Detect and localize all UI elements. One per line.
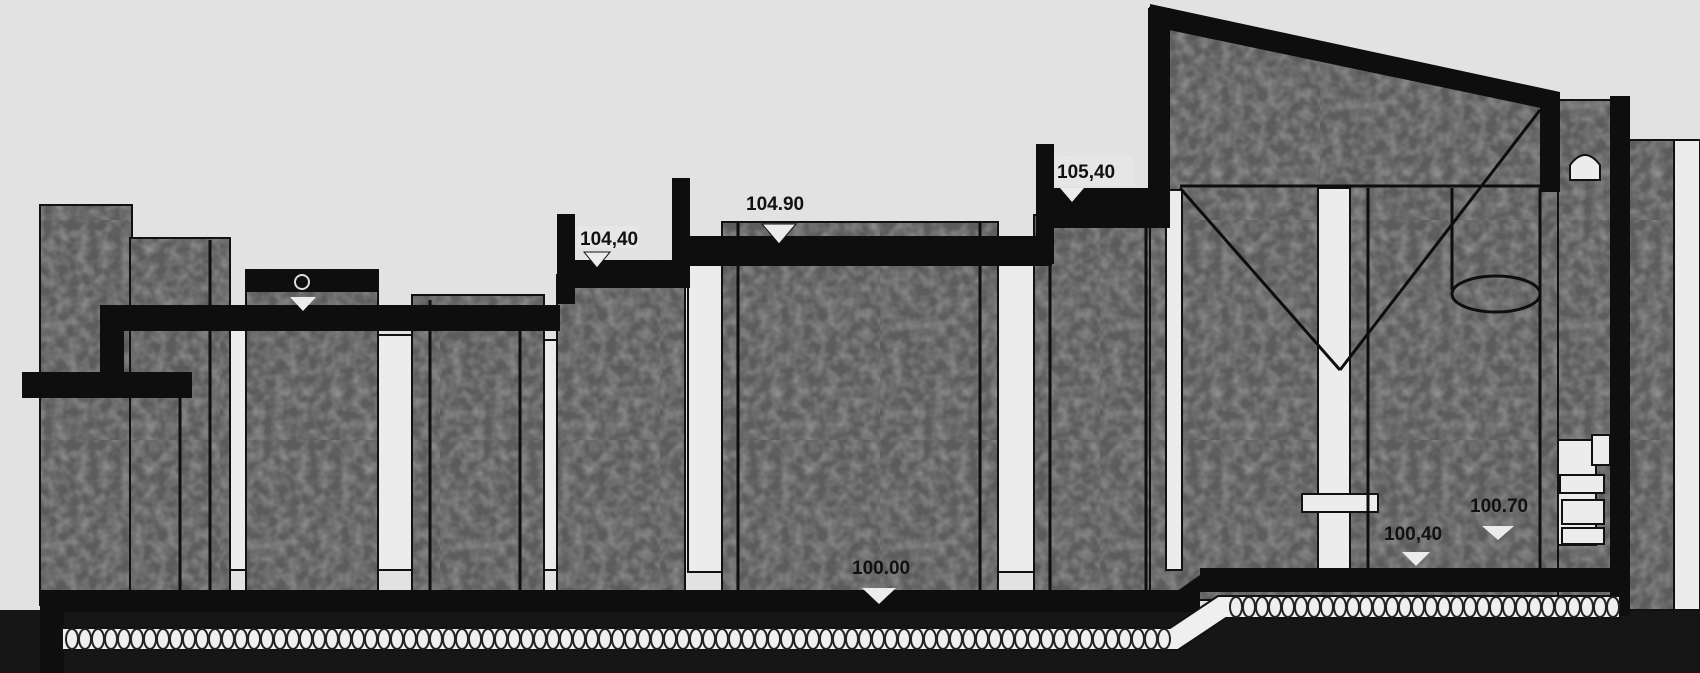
svg-text:104.90: 104.90 bbox=[746, 194, 804, 215]
svg-text:105,40: 105,40 bbox=[1057, 162, 1115, 183]
building-section-drawing: 104,40 104.90 105,40 100.00 100,40 100.7… bbox=[0, 0, 1700, 673]
svg-text:104,40: 104,40 bbox=[580, 229, 638, 250]
mass-left-tower bbox=[40, 205, 132, 605]
arched-niche bbox=[1570, 155, 1600, 180]
mass-room-b bbox=[412, 295, 544, 605]
mass-room-c bbox=[557, 275, 685, 605]
mass-hall bbox=[722, 222, 998, 605]
svg-text:100,40: 100,40 bbox=[1384, 524, 1442, 545]
svg-text:100.70: 100.70 bbox=[1470, 496, 1528, 517]
svg-text:100.00: 100.00 bbox=[852, 558, 910, 579]
